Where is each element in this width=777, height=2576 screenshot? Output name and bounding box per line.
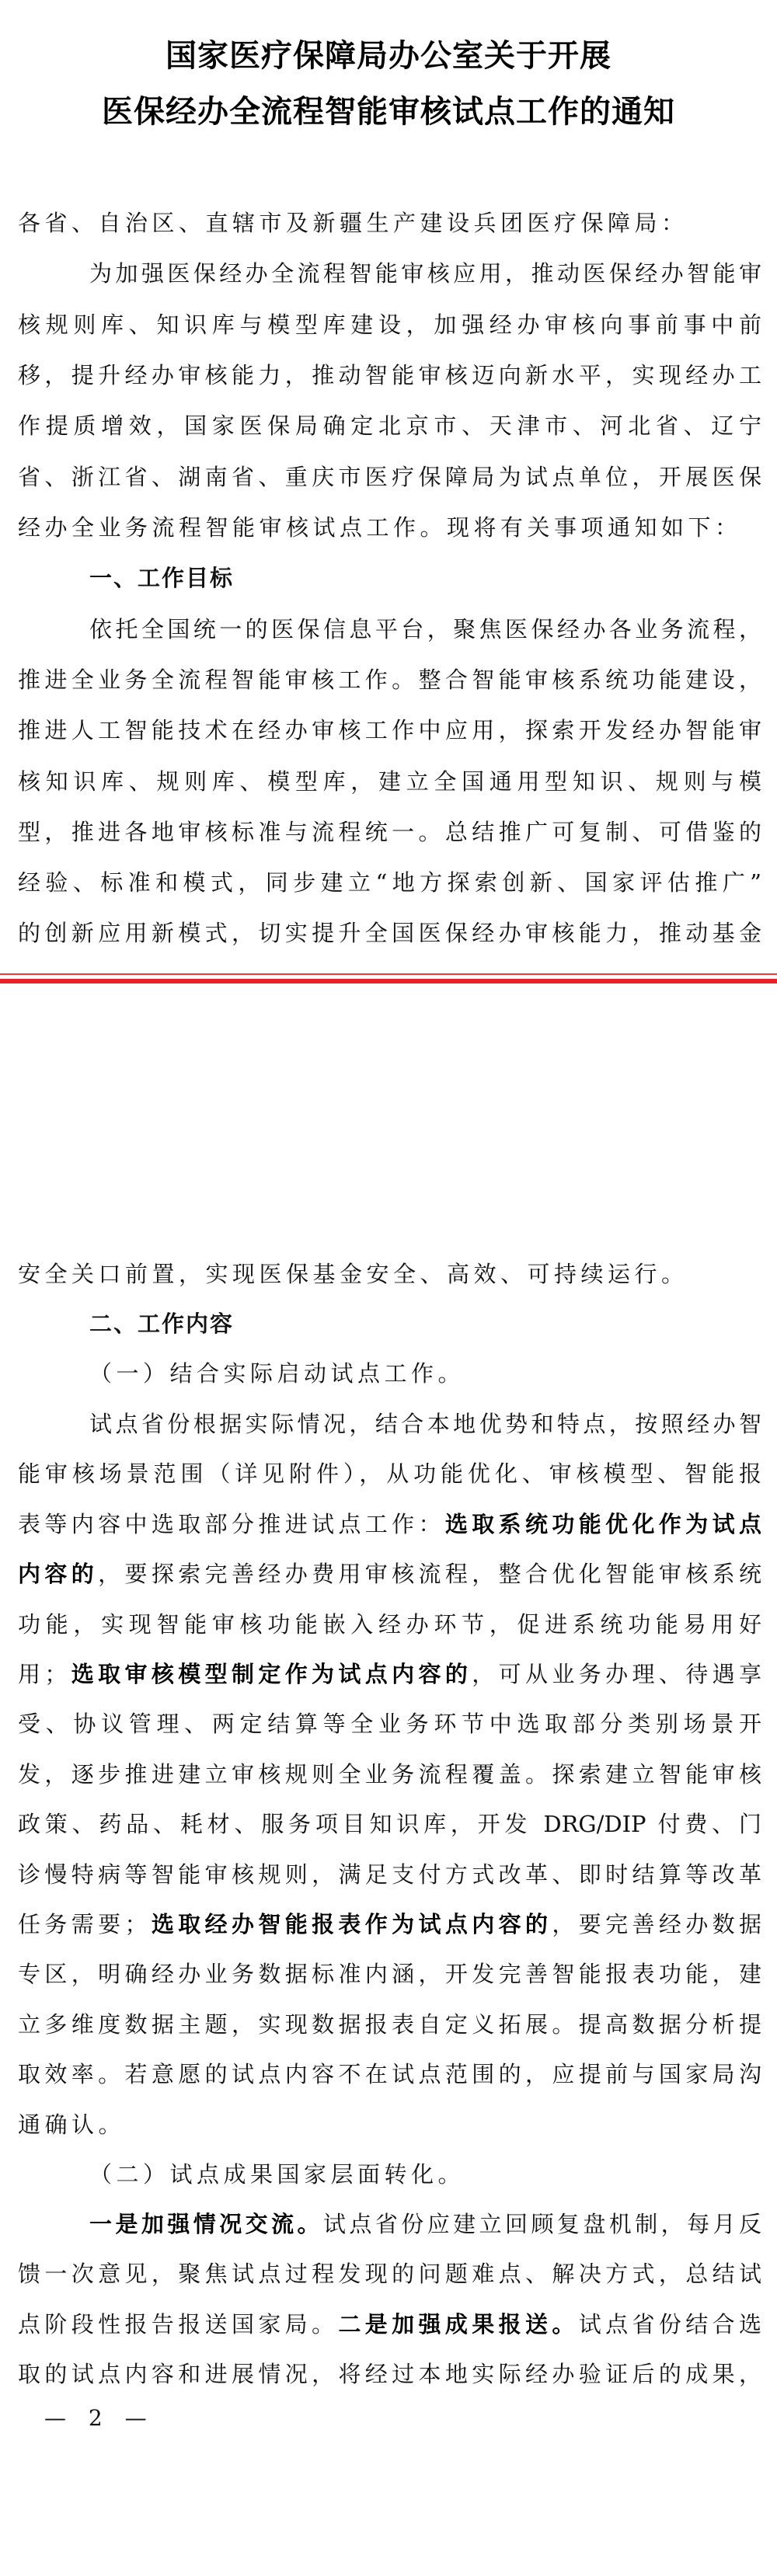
goal-line: 经验、标准和模式，同步建立“地方探索创新、国家评估推广” <box>18 867 761 898</box>
text-run: 发，逐步推进建立审核规则全业务流程覆盖。探索建立智能审核 <box>18 1761 761 1788</box>
body-line: 受、协议管理、两定结算等全业务环节中选取部分类别场景开 <box>18 1708 761 1739</box>
text-run: 试点省份根据实际情况，结合本地优势和特点，按照经办智 <box>89 1411 761 1437</box>
title-line-1: 国家医疗保障局办公室关于开展 <box>0 37 777 75</box>
bold-text: 选取系统功能优化作为试点 <box>445 1511 761 1537</box>
intro-line: 核规则库、知识库与模型库建设，加强经办审核向事前事中前 <box>18 309 761 340</box>
bold-text: 二是加强成果报送。 <box>338 2311 578 2338</box>
goal-line: 推进人工智能技术在经办审核工作中应用，探索开发经办智能审 <box>18 715 761 746</box>
goal-line: 核知识库、规则库、模型库，建立全国通用型知识、规则与模 <box>18 766 761 797</box>
page-number: — 2 — <box>44 2406 155 2431</box>
text-run: 试点省份应建立回顾复盘机制，每月反 <box>323 2211 761 2237</box>
text-run: 受、协议管理、两定结算等全业务环节中选取部分类别场景开 <box>18 1711 761 1737</box>
salutation: 各省、自治区、直辖市及新疆生产建设兵团医疗保障局： <box>18 207 761 238</box>
sub1-last-line: 通确认。 <box>18 2109 761 2140</box>
bold-text: 一是加强情况交流。 <box>89 2211 323 2237</box>
body-line: 取的试点内容和进展情况，将经过本地实际经办验证后的成果， <box>18 2358 761 2390</box>
text-run: 馈一次意见，聚焦试点过程发现的问题难点、解决方式，总结试 <box>18 2261 761 2287</box>
title-line-2: 医保经办全流程智能审核试点工作的通知 <box>0 93 777 131</box>
bold-text: 选取经办智能报表作为试点内容的 <box>147 1911 552 1937</box>
page-divider-thick <box>0 979 777 983</box>
goal-line: 的创新应用新模式，切实提升全国医保经办审核能力，推动基金 <box>18 917 761 949</box>
text-run: 用； <box>18 1661 67 1687</box>
text-run: 诊慢特病等智能审核规则，满足支付方式改革、即时结算等改革 <box>18 1861 761 1888</box>
text-run: 立多维度数据主题，实现数据报表自定义拓展。提高数据分析提 <box>18 2011 761 2038</box>
intro-line: 经办全业务流程智能审核试点工作。现将有关事项通知如下： <box>18 512 761 543</box>
text-run: 取效率。若意愿的试点内容不在试点范围的，应提前与国家局沟 <box>18 2061 761 2087</box>
text-run: 点阶段性报告报送国家局。 <box>18 2311 338 2338</box>
body-line: 发，逐步推进建立审核规则全业务流程覆盖。探索建立智能审核 <box>18 1759 761 1790</box>
text-run: 功能，实现智能审核功能嵌入经办环节，促进系统功能易用好 <box>18 1611 761 1638</box>
body-line: 取效率。若意愿的试点内容不在试点范围的，应提前与国家局沟 <box>18 2059 761 2090</box>
body-line: 点阶段性报告报送国家局。二是加强成果报送。试点省份结合选 <box>18 2309 761 2340</box>
text-run: ，要完善经办数据 <box>552 1911 761 1937</box>
text-run: 任务需要； <box>18 1911 147 1937</box>
text-run: 表等内容中选取部分推进试点工作： <box>18 1511 445 1537</box>
section-heading-2: 二、工作内容 <box>18 1308 761 1339</box>
intro-line: 移，提升经办审核能力，推动智能审核迈向新水平，实现经办工 <box>18 360 761 391</box>
goal-line: 依托全国统一的医保信息平台，聚焦医保经办各业务流程， <box>18 614 761 645</box>
subsection-heading-2: （二）试点成果国家层面转化。 <box>18 2159 761 2190</box>
bold-text: 内容的 <box>18 1561 98 1587</box>
goal-line: 型，推进各地审核标准与流程统一。总结推广可复制、可借鉴的 <box>18 816 761 848</box>
text-run: 取的试点内容和进展情况，将经过本地实际经办验证后的成果， <box>18 2361 761 2387</box>
body-line: 任务需要；选取经办智能报表作为试点内容的，要完善经办数据 <box>18 1909 761 1940</box>
body-line: 政策、药品、耗材、服务项目知识库，开发 DRG/DIP 付费、门 <box>18 1808 761 1840</box>
text-run: 试点省份结合选 <box>579 2311 761 2338</box>
body-line: 内容的，要探索完善经办费用审核流程，整合优化智能审核系统 <box>18 1558 761 1589</box>
body-line: 表等内容中选取部分推进试点工作：选取系统功能优化作为试点 <box>18 1509 761 1540</box>
body-line: 功能，实现智能审核功能嵌入经办环节，促进系统功能易用好 <box>18 1609 761 1640</box>
intro-line: 作提质增效，国家医保局确定北京市、天津市、河北省、辽宁 <box>18 410 761 441</box>
body-line: 用；选取审核模型制定作为试点内容的，可从业务办理、待遇享 <box>18 1659 761 1690</box>
body-line: 能审核场景范围（详见附件），从功能优化、审核模型、智能报 <box>18 1458 761 1489</box>
body-line: 馈一次意见，聚焦试点过程发现的问题难点、解决方式，总结试 <box>18 2258 761 2289</box>
text-run: 专区，明确经办业务数据标准内涵，开发完善智能报表功能，建 <box>18 1961 761 1987</box>
body-line: 试点省份根据实际情况，结合本地优势和特点，按照经办智 <box>18 1408 761 1439</box>
text-run: ，要探索完善经办费用审核流程，整合优化智能审核系统 <box>98 1561 761 1587</box>
body-line: 诊慢特病等智能审核规则，满足支付方式改革、即时结算等改革 <box>18 1859 761 1890</box>
continuation-line: 安全关口前置，实现医保基金安全、高效、可持续运行。 <box>18 1258 761 1290</box>
text-run: 政策、药品、耗材、服务项目知识库，开发 DRG/DIP 付费、门 <box>18 1811 761 1837</box>
goal-line: 推进全业务全流程智能审核工作。整合智能审核系统功能建设， <box>18 664 761 695</box>
text-run: ，可从业务办理、待遇享 <box>472 1661 761 1687</box>
body-line: 一是加强情况交流。试点省份应建立回顾复盘机制，每月反 <box>18 2209 761 2240</box>
page-divider-thin <box>0 973 777 975</box>
section-heading-1: 一、工作目标 <box>18 562 761 594</box>
bold-text: 选取审核模型制定作为试点内容的 <box>67 1661 472 1687</box>
intro-line: 省、浙江省、湖南省、重庆市医疗保障局为试点单位，开展医保 <box>18 461 761 493</box>
body-line: 专区，明确经办业务数据标准内涵，开发完善智能报表功能，建 <box>18 1958 761 1989</box>
intro-line: 为加强医保经办全流程智能审核应用，推动医保经办智能审 <box>18 258 761 289</box>
subsection-heading-1: （一）结合实际启动试点工作。 <box>18 1358 761 1389</box>
body-line: 立多维度数据主题，实现数据报表自定义拓展。提高数据分析提 <box>18 2009 761 2040</box>
text-run: 能审核场景范围（详见附件），从功能优化、审核模型、智能报 <box>18 1460 761 1487</box>
